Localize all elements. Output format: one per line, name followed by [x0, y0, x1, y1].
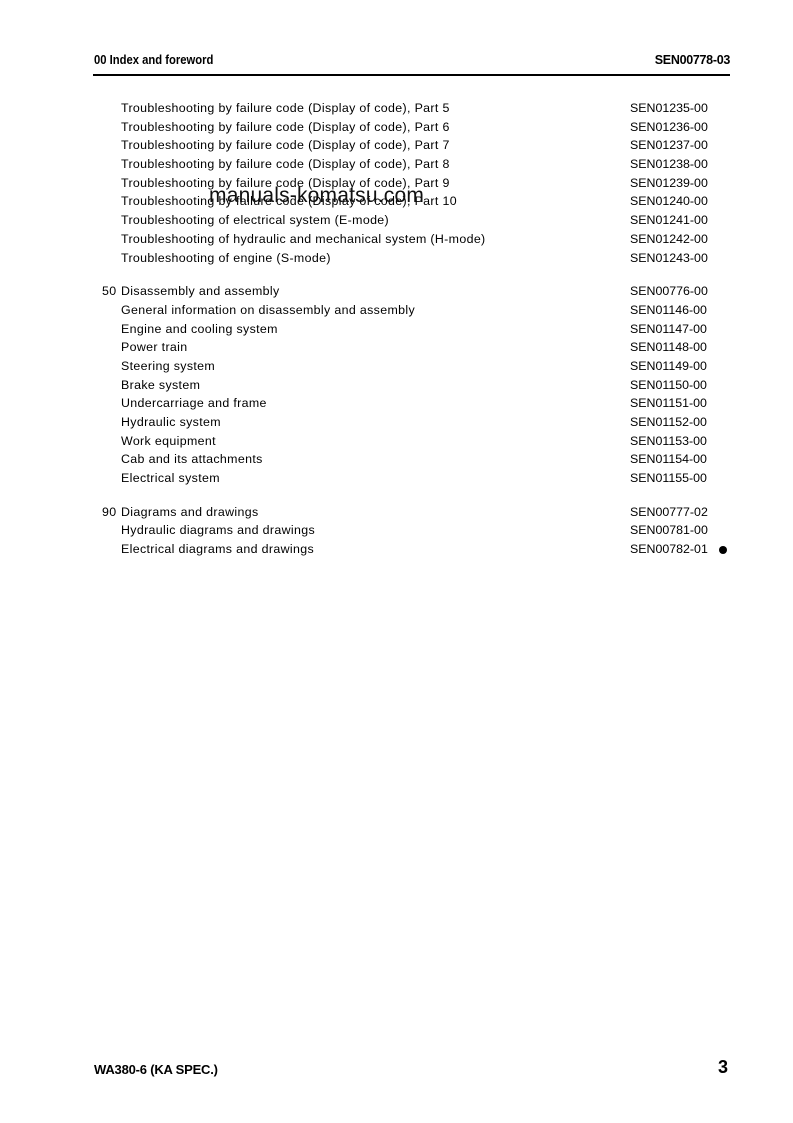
toc-entry[interactable]: Engine and cooling systemSEN01147-00: [0, 322, 793, 341]
entry-code: SEN01147-00: [630, 322, 707, 336]
entry-title: Steering system: [121, 359, 215, 373]
entry-code: SEN01242-00: [630, 232, 708, 246]
entry-title: Troubleshooting of engine (S-mode): [121, 251, 331, 265]
entry-title: Electrical system: [121, 471, 220, 485]
entry-title: Troubleshooting of electrical system (E-…: [121, 213, 389, 227]
entry-code: SEN01235-00: [630, 101, 708, 115]
toc-section-heading-90[interactable]: 90 Diagrams and drawings SEN00777-02: [0, 505, 793, 524]
entry-title: Troubleshooting by failure code (Display…: [121, 120, 450, 134]
entry-title: Power train: [121, 340, 188, 354]
document-code: SEN00778-03: [655, 53, 730, 67]
entry-title: Hydraulic system: [121, 415, 221, 429]
toc-entry[interactable]: Undercarriage and frameSEN01151-00: [0, 396, 793, 415]
toc-entry[interactable]: Cab and its attachmentsSEN01154-00: [0, 452, 793, 471]
section-title: Disassembly and assembly: [121, 284, 280, 298]
toc-entry[interactable]: Power trainSEN01148-00: [0, 340, 793, 359]
model-label: WA380-6 (KA SPEC.): [94, 1062, 218, 1077]
entry-title: Undercarriage and frame: [121, 396, 267, 410]
toc-entry[interactable]: Electrical systemSEN01155-00: [0, 471, 793, 490]
toc-entry[interactable]: Troubleshooting by failure code (Display…: [0, 101, 793, 120]
section-code: SEN00776-00: [630, 284, 708, 298]
entry-code: SEN01149-00: [630, 359, 707, 373]
page-number: 3: [718, 1057, 728, 1078]
section-number: 90: [102, 505, 116, 519]
entry-code: SEN01155-00: [630, 471, 707, 485]
entry-code: SEN01154-00: [630, 452, 707, 466]
entry-code: SEN01241-00: [630, 213, 708, 227]
spacer: [0, 269, 793, 284]
section-title: Diagrams and drawings: [121, 505, 259, 519]
entry-title: Cab and its attachments: [121, 452, 263, 466]
toc-entry[interactable]: General information on disassembly and a…: [0, 303, 793, 322]
entry-title: Troubleshooting of hydraulic and mechani…: [121, 232, 486, 246]
entry-code: SEN01237-00: [630, 138, 708, 152]
entry-title: Work equipment: [121, 434, 216, 448]
page-header: 00 Index and foreword: [94, 53, 666, 69]
entry-title: Electrical diagrams and drawings: [121, 542, 314, 556]
header-rule: [93, 74, 730, 76]
entry-code: SEN01239-00: [630, 176, 708, 190]
toc-entry[interactable]: Troubleshooting of hydraulic and mechani…: [0, 232, 793, 251]
entry-code: SEN01151-00: [630, 396, 707, 410]
entry-code: SEN01240-00: [630, 194, 708, 208]
section-90-items: Hydraulic diagrams and drawingsSEN00781-…: [0, 523, 793, 560]
toc-entry[interactable]: Electrical diagrams and drawingsSEN00782…: [0, 542, 793, 561]
toc-entry[interactable]: Troubleshooting of engine (S-mode)SEN012…: [0, 251, 793, 270]
entry-title: Troubleshooting by failure code (Display…: [121, 157, 450, 171]
toc-entry[interactable]: Brake systemSEN01150-00: [0, 378, 793, 397]
revision-bullet-icon: [719, 546, 727, 554]
entry-code: SEN01153-00: [630, 434, 707, 448]
toc-entry[interactable]: Troubleshooting by failure code (Display…: [0, 120, 793, 139]
table-of-contents: Troubleshooting by failure code (Display…: [0, 101, 793, 561]
toc-section-heading-50[interactable]: 50 Disassembly and assembly SEN00776-00: [0, 284, 793, 303]
toc-entry[interactable]: Work equipmentSEN01153-00: [0, 434, 793, 453]
section-code: SEN00777-02: [630, 505, 708, 519]
toc-entry[interactable]: Hydraulic diagrams and drawingsSEN00781-…: [0, 523, 793, 542]
entry-code: SEN01236-00: [630, 120, 708, 134]
entry-title: Hydraulic diagrams and drawings: [121, 523, 315, 537]
section-title: 00 Index and foreword: [94, 53, 213, 67]
entry-code: SEN01148-00: [630, 340, 707, 354]
entry-title: Troubleshooting by failure code (Display…: [121, 138, 450, 152]
entry-code: SEN01238-00: [630, 157, 708, 171]
entry-code: SEN01150-00: [630, 378, 707, 392]
entry-title: Troubleshooting by failure code (Display…: [121, 101, 450, 115]
entry-code: SEN01152-00: [630, 415, 707, 429]
watermark: manuals-komatsu.com: [209, 184, 424, 208]
entry-title: Brake system: [121, 378, 200, 392]
toc-entry[interactable]: Troubleshooting by failure code (Display…: [0, 138, 793, 157]
entry-code: SEN00781-00: [630, 523, 708, 537]
section-number: 50: [102, 284, 116, 298]
toc-entry[interactable]: Steering systemSEN01149-00: [0, 359, 793, 378]
entry-title: General information on disassembly and a…: [121, 303, 415, 317]
entry-code: SEN01243-00: [630, 251, 708, 265]
section-50-items: General information on disassembly and a…: [0, 303, 793, 490]
entry-code: SEN01146-00: [630, 303, 707, 317]
spacer: [0, 490, 793, 505]
entry-title: Engine and cooling system: [121, 322, 278, 336]
entry-code: SEN00782-01: [630, 542, 708, 556]
toc-entry[interactable]: Troubleshooting of electrical system (E-…: [0, 213, 793, 232]
toc-entry[interactable]: Hydraulic systemSEN01152-00: [0, 415, 793, 434]
toc-entry[interactable]: Troubleshooting by failure code (Display…: [0, 157, 793, 176]
